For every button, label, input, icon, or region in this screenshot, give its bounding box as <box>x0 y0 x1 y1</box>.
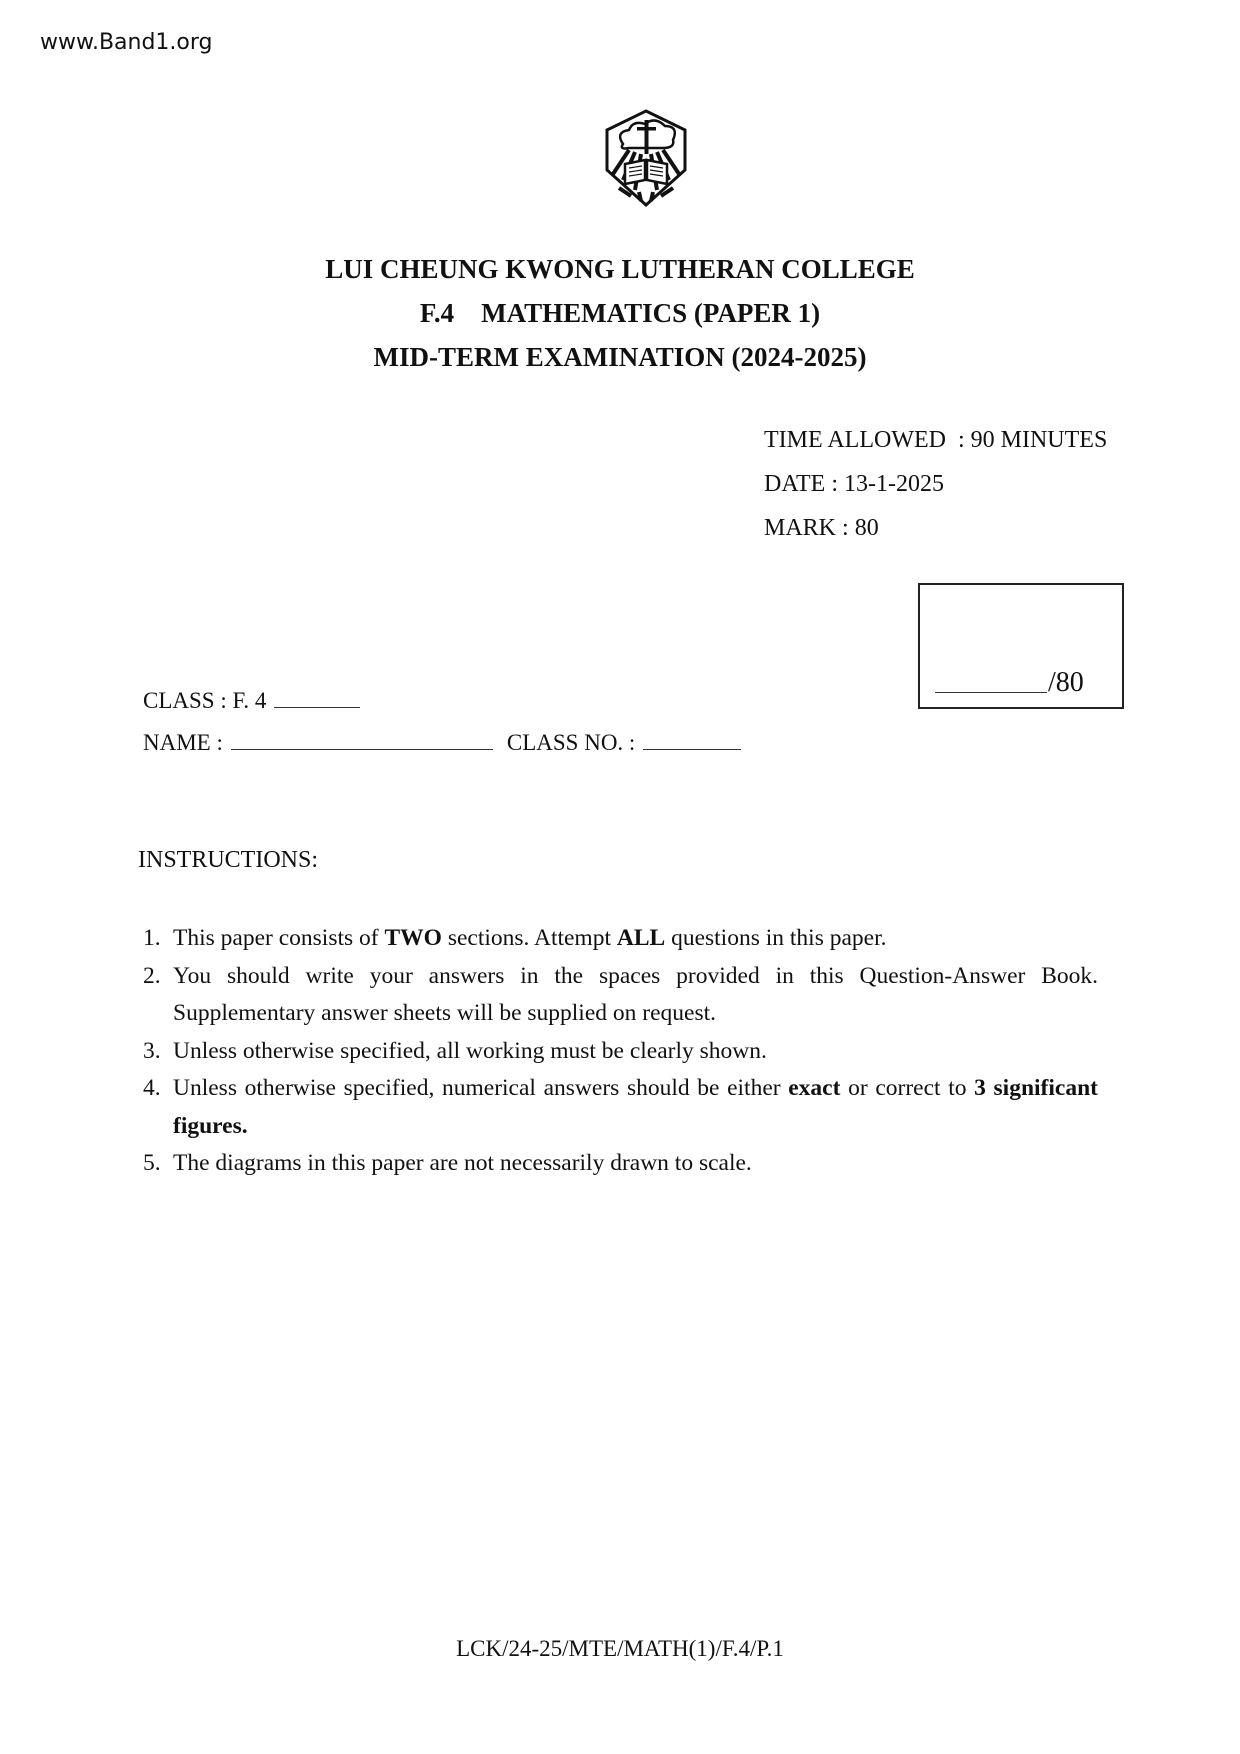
class-no-input-line[interactable] <box>643 748 741 750</box>
instruction-fragment: The diagrams in this paper are not neces… <box>173 1150 752 1176</box>
instruction-fragment: Unless otherwise specified, numerical an… <box>173 1075 788 1101</box>
mark-value: 80 <box>855 515 879 541</box>
instruction-text: This paper consists of TWO sections. Att… <box>173 920 1098 958</box>
name-field-row: NAME :CLASS NO. : <box>143 730 741 756</box>
instruction-item: 3.Unless otherwise specified, all workin… <box>143 1033 1098 1071</box>
total-mark: MARK : 80 <box>764 515 879 542</box>
form-label: F.4 <box>420 298 454 328</box>
class-field-row: CLASS : F. 4 <box>143 688 360 714</box>
class-no-label: CLASS NO. : <box>507 730 635 755</box>
page-footer-code: LCK/24-25/MTE/MATH(1)/F.4/P.1 <box>0 1636 1240 1662</box>
instruction-text: The diagrams in this paper are not neces… <box>173 1145 1098 1183</box>
instruction-text: Unless otherwise specified, all working … <box>173 1033 1098 1071</box>
class-input-line[interactable] <box>274 706 360 708</box>
score-box[interactable]: /80 <box>918 583 1124 709</box>
instruction-number: 3. <box>143 1033 173 1071</box>
subject-label: MATHEMATICS (PAPER 1) <box>481 298 820 328</box>
instruction-number: 1. <box>143 920 173 958</box>
school-crest-icon <box>601 108 691 208</box>
instruction-fragment: Unless otherwise specified, all working … <box>173 1038 767 1064</box>
name-label: NAME : <box>143 730 223 755</box>
emphasis-text: ALL <box>617 925 665 951</box>
instruction-text: Unless otherwise specified, numerical an… <box>173 1070 1098 1145</box>
instruction-item: 1.This paper consists of TWO sections. A… <box>143 920 1098 958</box>
exam-date: DATE : 13-1-2025 <box>764 471 944 498</box>
instruction-item: 4.Unless otherwise specified, numerical … <box>143 1070 1098 1145</box>
instructions-heading: INSTRUCTIONS: <box>138 847 318 874</box>
mark-label: MARK <box>764 515 836 541</box>
instruction-number: 5. <box>143 1145 173 1183</box>
instruction-text: You should write your answers in the spa… <box>173 958 1098 1033</box>
date-label: DATE <box>764 471 825 497</box>
score-input-line[interactable] <box>935 692 1047 693</box>
watermark-text: www.Band1.org <box>40 30 213 55</box>
emphasis-text: exact <box>788 1075 840 1101</box>
instruction-fragment: or correct to <box>840 1075 974 1101</box>
school-name: LUI CHEUNG KWONG LUTHERAN COLLEGE <box>0 254 1240 285</box>
paper-title: F.4 MATHEMATICS (PAPER 1) <box>0 298 1240 329</box>
score-total: /80 <box>1048 667 1084 699</box>
instruction-fragment: You should write your answers in the spa… <box>173 963 1098 1027</box>
instruction-number: 2. <box>143 958 173 1033</box>
date-value: 13-1-2025 <box>844 471 944 497</box>
time-allowed: TIME ALLOWED : 90 MINUTES <box>764 427 1107 454</box>
instruction-fragment: This paper consists of <box>173 925 384 951</box>
emphasis-text: TWO <box>384 925 441 951</box>
instruction-fragment: questions in this paper. <box>665 925 886 951</box>
class-label: CLASS : F. 4 <box>143 688 266 713</box>
instruction-number: 4. <box>143 1070 173 1145</box>
time-allowed-label: TIME ALLOWED <box>764 427 946 453</box>
instruction-item: 2.You should write your answers in the s… <box>143 958 1098 1033</box>
instructions-list: 1.This paper consists of TWO sections. A… <box>143 920 1098 1183</box>
instruction-item: 5.The diagrams in this paper are not nec… <box>143 1145 1098 1183</box>
time-allowed-value: 90 MINUTES <box>971 427 1108 453</box>
exam-title: MID-TERM EXAMINATION (2024-2025) <box>0 342 1240 373</box>
name-input-line[interactable] <box>231 748 493 750</box>
instruction-fragment: sections. Attempt <box>442 925 617 951</box>
